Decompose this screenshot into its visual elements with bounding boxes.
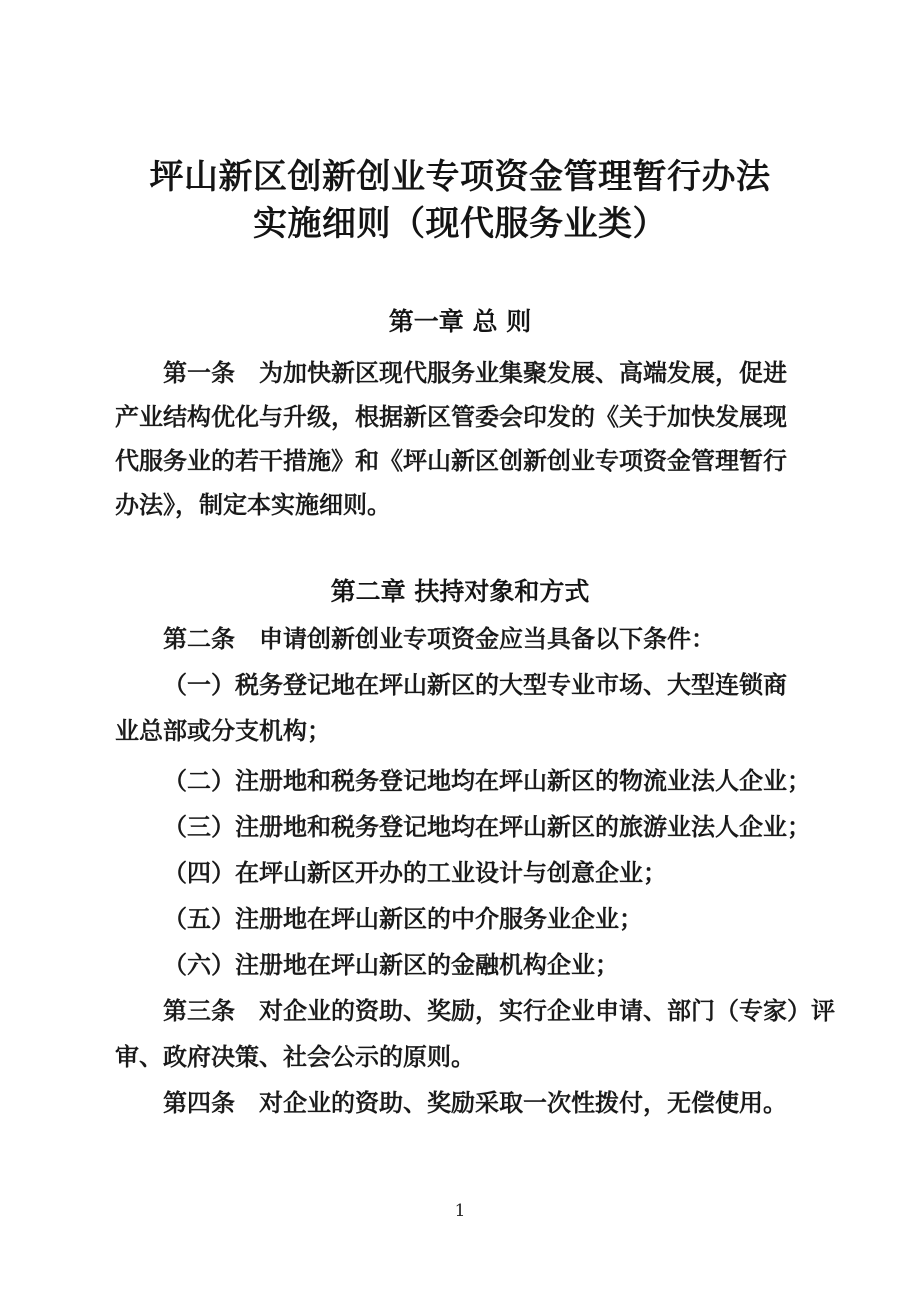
chapter-two-heading: 第二章 扶持对象和方式	[0, 570, 920, 614]
article-3-line-1: 第三条 对企业的资助、奖励，实行企业申请、部门（专家）评	[115, 988, 815, 1034]
article-2-item-6: （六）注册地在坪山新区的金融机构企业；	[115, 942, 815, 988]
chapter-one-heading: 第一章 总 则	[0, 300, 920, 344]
article-4-line-1: 第四条 对企业的资助、奖励采取一次性拨付，无偿使用。	[115, 1080, 815, 1126]
article-2-item-1-line-1: （一）税务登记地在坪山新区的大型专业市场、大型连锁商	[115, 662, 815, 708]
article-1-line-4: 办法》，制定本实施细则。	[115, 483, 815, 527]
article-2-item-3: （三）注册地和税务登记地均在坪山新区的旅游业法人企业；	[115, 804, 815, 850]
article-2-line-1: 第二条 申请创新创业专项资金应当具备以下条件：	[115, 616, 815, 662]
article-2-item-4: （四）在坪山新区开办的工业设计与创意企业；	[115, 850, 815, 896]
document-page: 坪山新区创新创业专项资金管理暂行办法 实施细则（现代服务业类） 第一章 总 则 …	[0, 0, 920, 1302]
article-1-line-2: 产业结构优化与升级，根据新区管委会印发的《关于加快发展现	[115, 395, 815, 439]
article-2-item-2: （二）注册地和税务登记地均在坪山新区的物流业法人企业；	[115, 758, 815, 804]
article-2-item-1-line-2: 业总部或分支机构；	[115, 708, 815, 754]
document-title: 坪山新区创新创业专项资金管理暂行办法 实施细则（现代服务业类）	[0, 0, 920, 248]
title-line-2: 实施细则（现代服务业类）	[0, 201, 920, 248]
page-number: 1	[0, 1201, 920, 1221]
article-1-line-3: 代服务业的若干措施》和《坪山新区创新创业专项资金管理暂行	[115, 439, 815, 483]
title-line-1: 坪山新区创新创业专项资金管理暂行办法	[0, 154, 920, 201]
article-2-item-5: （五）注册地在坪山新区的中介服务业企业；	[115, 896, 815, 942]
article-3-line-2: 审、政府决策、社会公示的原则。	[115, 1034, 815, 1080]
article-1-line-1: 第一条 为加快新区现代服务业集聚发展、高端发展，促进	[115, 351, 815, 395]
